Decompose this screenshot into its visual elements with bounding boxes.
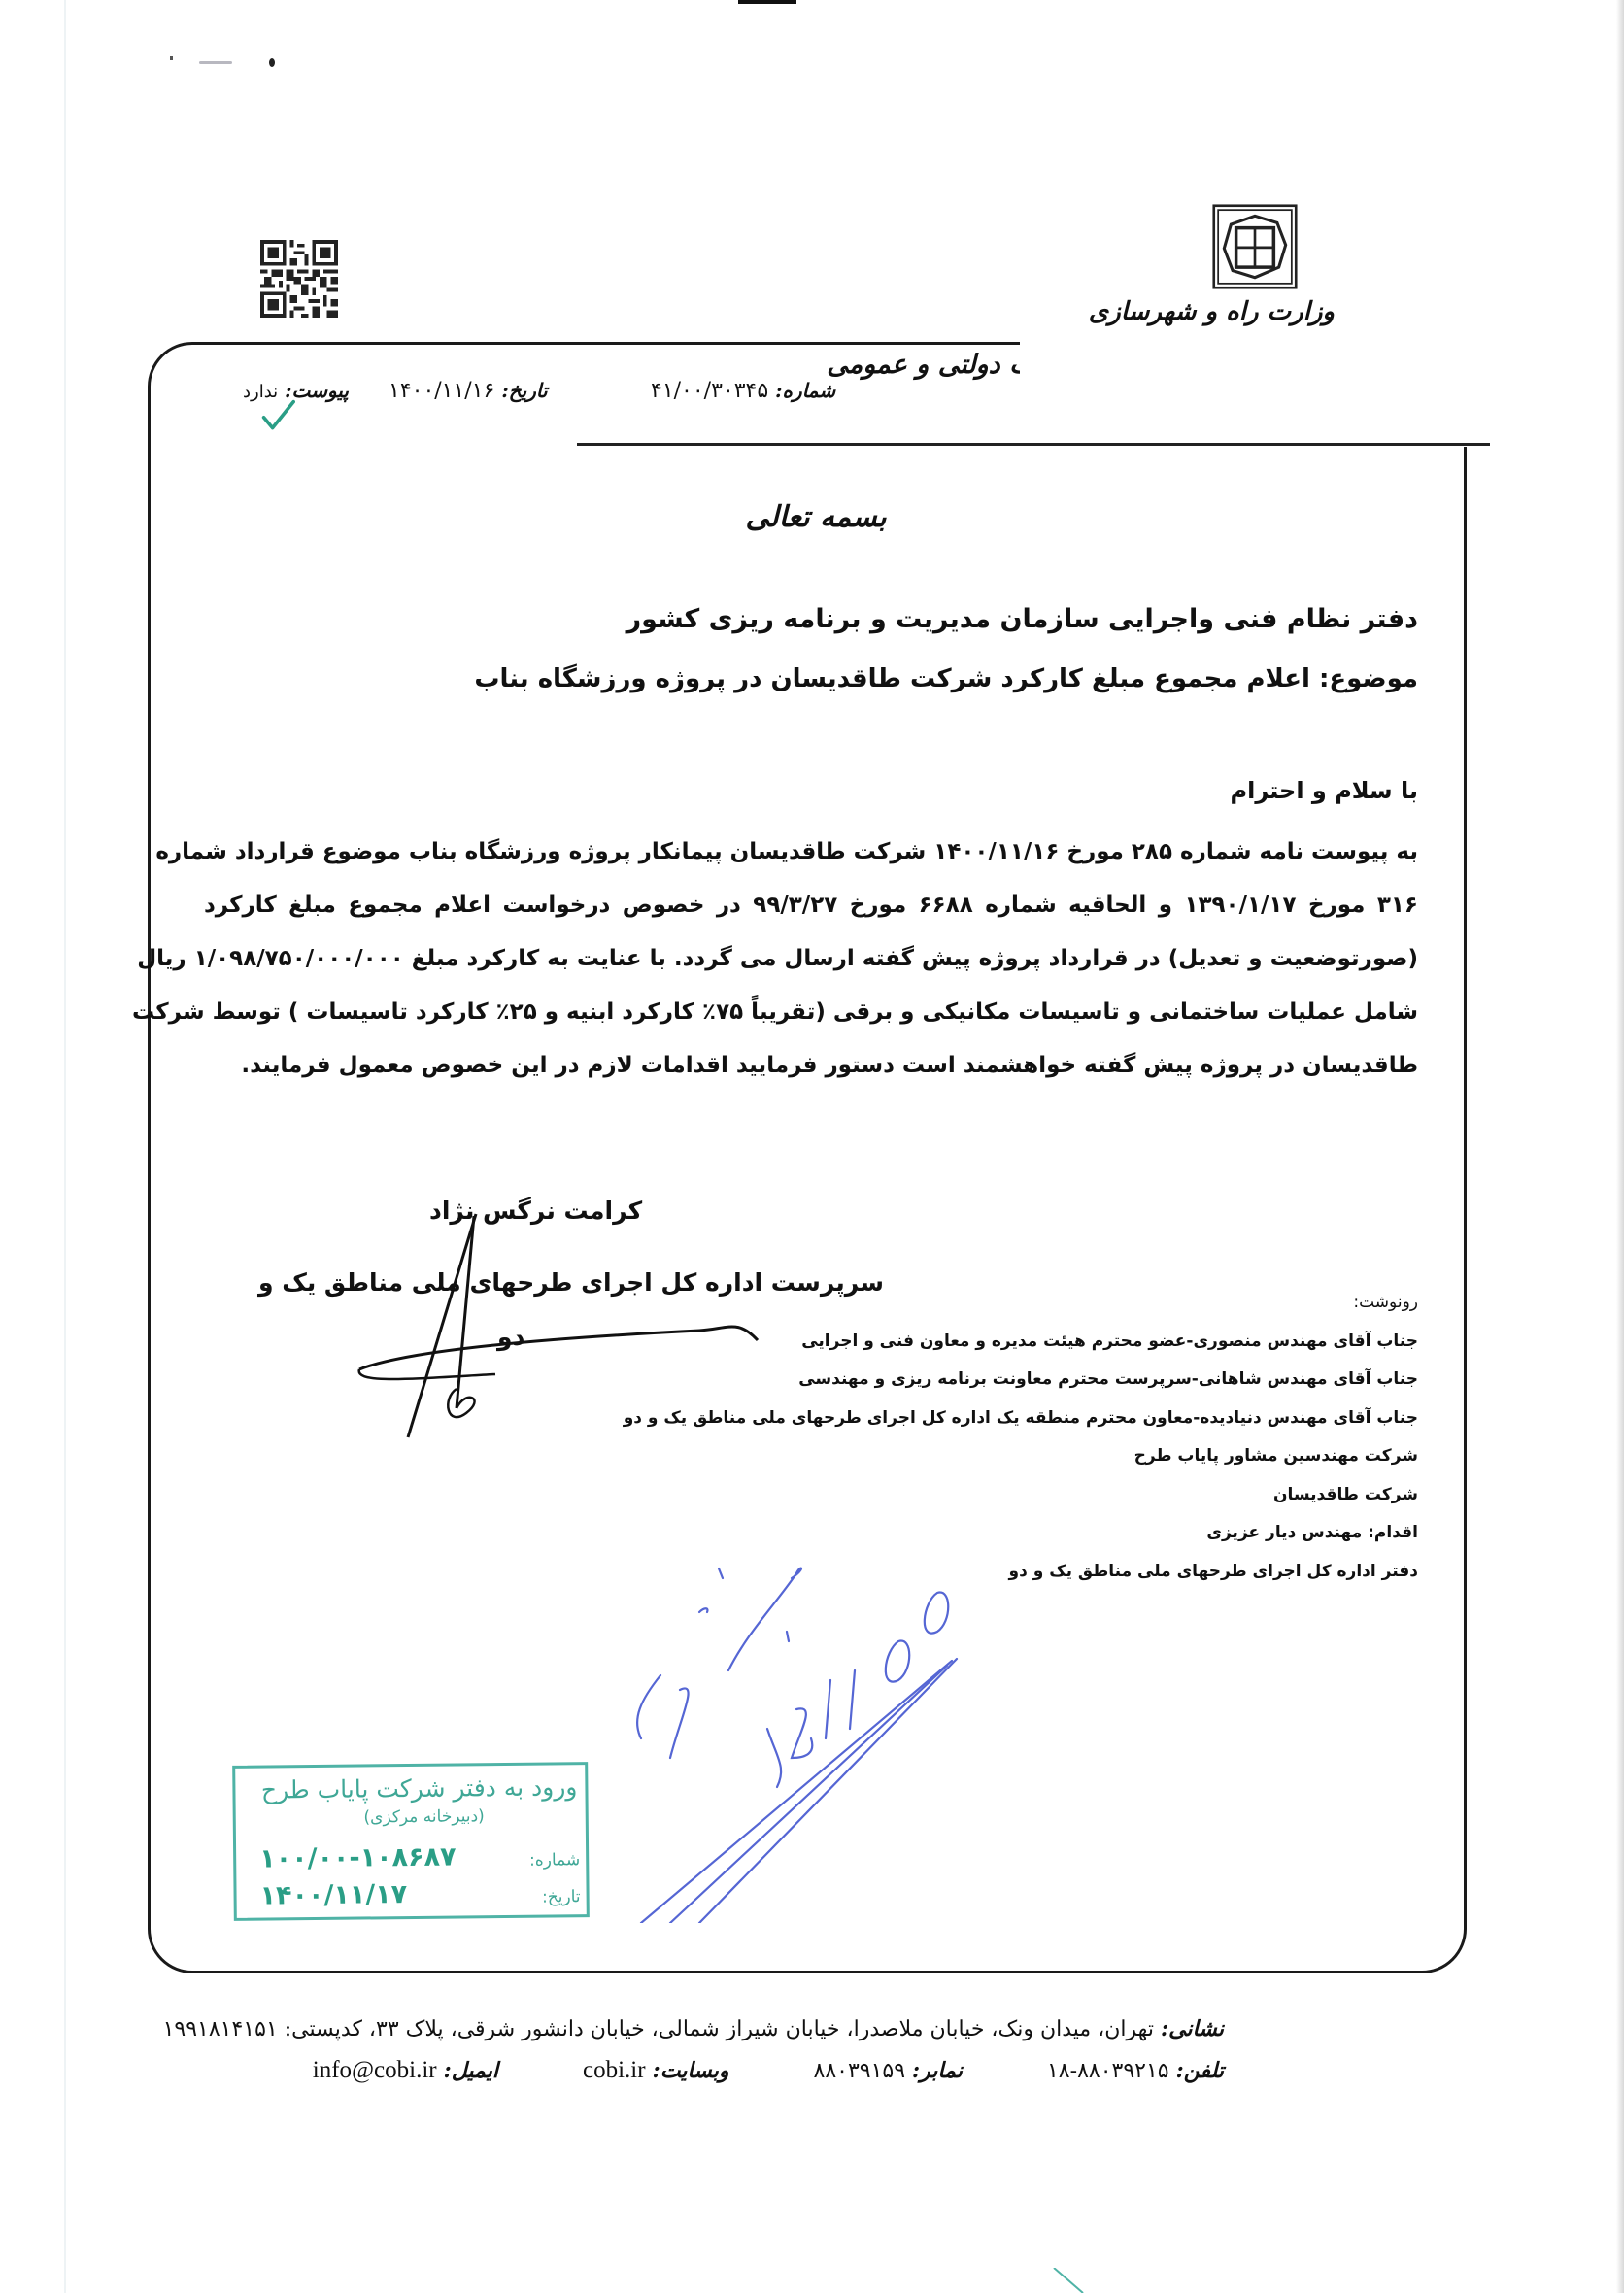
body-line: شامل عملیات ساختمانی و تاسیسات مکانیکی و… (204, 986, 1418, 1039)
stamp-number-label: شماره: (529, 1850, 580, 1871)
scan-bottom-mark (1049, 2268, 1088, 2293)
stamp-subtitle: (دبیرخانه مرکزی) (363, 1806, 484, 1827)
cc-item: جناب آقای مهندس دنیادیده-معاون محترم منط… (624, 1399, 1418, 1438)
page-edge-shadow (1616, 0, 1624, 2293)
letter-body: به پیوست نامه شماره ۲۸۵ مورخ ۱۴۰۰/۱۱/۱۶ … (204, 826, 1418, 1093)
footer-phone: تلفن: ۸۸۰۳۹۲۱۵-۱۸ (1008, 2059, 1224, 2083)
body-line: طاقدیسان در پروژه پیش گفته خواهشمند است … (204, 1039, 1418, 1093)
body-line: (صورتوضعیت و تعدیل) در قرارداد پروژه پیش… (204, 932, 1418, 986)
cc-item: جناب آقای مهندس شاهانی-سرپرست محترم معاو… (624, 1361, 1418, 1399)
qr-code-icon (260, 239, 338, 319)
footer-contacts-row: تلفن: ۸۸۰۳۹۲۱۵-۱۸ نمابر: ۸۸۰۳۹۱۵۹ وبسایت… (163, 2050, 1224, 2092)
subject-line: موضوع: اعلام مجموع مبلغ کارکرد شرکت طاقد… (474, 664, 1418, 693)
scan-artifacts (170, 56, 287, 76)
cc-item: اقدام: مهندس دیار عزیزی (624, 1514, 1418, 1553)
checkmark-icon (260, 398, 295, 433)
cc-item: جناب آقای مهندس منصوری-عضو محترم هیئت مد… (624, 1323, 1418, 1362)
body-line: ۳۱۶ مورخ ۱۳۹۰/۱/۱۷ و الحاقیه شماره ۶۶۸۸ … (204, 879, 1418, 932)
letter-number: شماره: ۴۱/۰۰/۳۰۳۴۵ (651, 379, 835, 403)
header-divider (577, 443, 1490, 446)
stamp-date: ۱۴۰۰/۱۱/۱۷ (259, 1879, 407, 1911)
footer-email[interactable]: ایمیل: info@cobi.ir (274, 2059, 498, 2083)
recipient: دفتر نظام فنی واجرایی سازمان مدیریت و بر… (626, 604, 1418, 634)
signer-title-continued: دو (497, 1323, 524, 1351)
entry-stamp: ورود به دفتر شرکت پایاب طرح (دبیرخانه مر… (232, 1762, 590, 1921)
octagon-window-emblem-icon (1212, 204, 1298, 289)
cc-item: شرکت طاقدیسان (624, 1476, 1418, 1515)
ministry-name: وزارت راه و شهرسازی (1089, 297, 1335, 326)
stamp-number: ۱۰۰/۰۰-۱۰۸۶۸۷ (259, 1842, 457, 1874)
body-line: به پیوست نامه شماره ۲۸۵ مورخ ۱۴۰۰/۱۱/۱۶ … (204, 826, 1418, 879)
cc-heading: رونوشت: (624, 1284, 1418, 1323)
signer-name: کرامت نرگس نژاد (429, 1197, 642, 1225)
footer-website[interactable]: وبسایت: cobi.ir (544, 2059, 729, 2083)
stamp-title: ورود به دفتر شرکت پایاب طرح (261, 1772, 578, 1804)
letter-attachment: پیوست: ندارد (243, 379, 349, 403)
letter-frame (148, 342, 1467, 1973)
cc-list: رونوشت: جناب آقای مهندس منصوری-عضو محترم… (624, 1284, 1418, 1591)
letter-date: تاریخ: ۱۴۰۰/۱۱/۱۶ (389, 379, 548, 403)
footer-contact: نشانی: تهران، میدان ونک، خیابان ملاصدرا،… (163, 2008, 1224, 2092)
bismillah-heading: بسمه تعالی (738, 500, 894, 534)
greeting: با سلام و احترام (1231, 777, 1419, 804)
scan-top-mark (738, 0, 796, 4)
page-left-edge (64, 0, 66, 2293)
footer-address: نشانی: تهران، میدان ونک، خیابان ملاصدرا،… (163, 2008, 1224, 2050)
footer-fax: نمابر: ۸۸۰۳۹۱۵۹ (775, 2059, 963, 2083)
stamp-date-label: تاریخ: (542, 1887, 581, 1906)
cc-item: شرکت مهندسین مشاور پایاب طرح (624, 1437, 1418, 1476)
cc-item: دفتر اداره کل اجرای طرحهای ملی مناطق یک … (624, 1553, 1418, 1592)
